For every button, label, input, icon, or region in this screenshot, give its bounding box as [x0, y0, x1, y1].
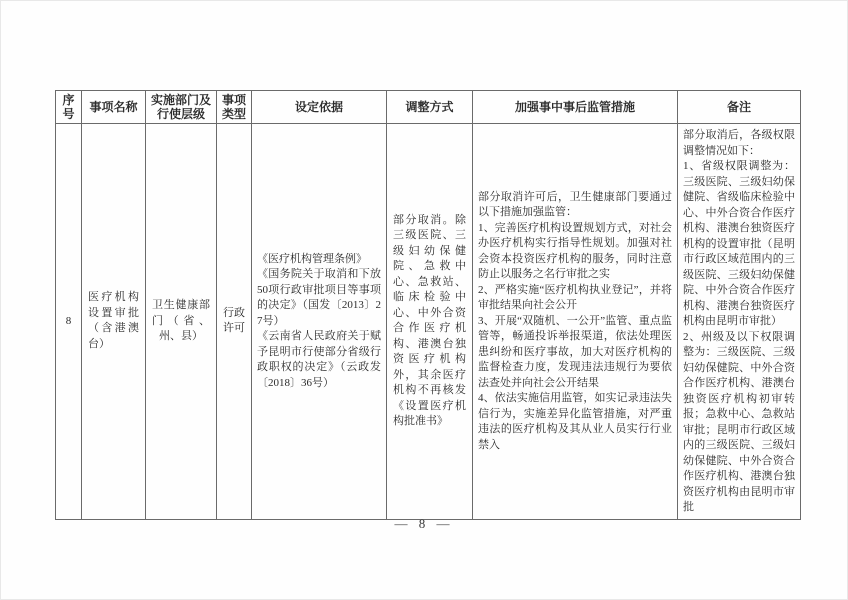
approval-items-table: 序号 事项名称 实施部门及行使层级 事项类型 设定依据 调整方式 加强事中事后监… — [55, 90, 801, 520]
cell-remarks: 部分取消后，各级权限调整情况如下： 1、省级权限调整为：三级医院、三级妇幼保健院… — [678, 124, 801, 520]
table-header-row: 序号 事项名称 实施部门及行使层级 事项类型 设定依据 调整方式 加强事中事后监… — [56, 91, 801, 124]
remarks-intro: 部分取消后，各级权限调整情况如下： — [683, 128, 795, 159]
header-supervision: 加强事中事后监管措施 — [473, 91, 678, 124]
cell-item-name: 医疗机构设置审批（含港澳台） — [82, 124, 146, 520]
header-seq: 序号 — [56, 91, 82, 124]
header-department: 实施部门及行使层级 — [146, 91, 217, 124]
table-row: 8 医疗机构设置审批（含港澳台） 卫生健康部门（省、州、县） 行政许可 《医疗机… — [56, 124, 801, 520]
header-adjustment: 调整方式 — [387, 91, 473, 124]
cell-seq-number: 8 — [56, 124, 82, 520]
header-basis: 设定依据 — [252, 91, 387, 124]
supervision-item: 1、完善医疗机构设置规划方式，对社会办医疗机构实行指导性规划。加强对社会资本投资… — [478, 221, 672, 283]
header-item-name: 事项名称 — [82, 91, 146, 124]
page-number: — 8 — — [0, 516, 848, 532]
supervision-item: 2、严格实施“医疗机构执业登记”，并将审批结果向社会公开 — [478, 283, 672, 314]
cell-department: 卫生健康部门（省、州、县） — [146, 124, 217, 520]
basis-paragraph: 《云南省人民政府关于赋予昆明市行使部分省级行政职权的决定》（云政发〔2018〕3… — [257, 329, 381, 391]
supervision-intro: 部分取消许可后，卫生健康部门要通过以下措施加强监管： — [478, 190, 672, 221]
document-page: 序号 事项名称 实施部门及行使层级 事项类型 设定依据 调整方式 加强事中事后监… — [0, 0, 848, 600]
cell-supervision: 部分取消许可后，卫生健康部门要通过以下措施加强监管： 1、完善医疗机构设置规划方… — [473, 124, 678, 520]
remarks-item: 1、省级权限调整为：三级医院、三级妇幼保健院、省级临床检验中心、中外合资合作医疗… — [683, 159, 795, 330]
basis-paragraph: 《医疗机构管理条例》 — [257, 252, 381, 268]
header-item-type: 事项类型 — [217, 91, 252, 124]
cell-adjustment: 部分取消。除三级医院、三级妇幼保健院、急救中心、急救站、临床检验中心、中外合资合… — [387, 124, 473, 520]
supervision-item: 4、依法实施信用监管，如实记录违法失信行为，实施差异化监管措施，对严重违法的医疗… — [478, 391, 672, 453]
supervision-item: 3、开展“双随机、一公开”监管、重点监管等，畅通投诉举报渠道，依法处理医患纠纷和… — [478, 314, 672, 392]
cell-basis: 《医疗机构管理条例》 《国务院关于取消和下放50项行政审批项目等事项的决定》（国… — [252, 124, 387, 520]
remarks-item: 2、州级及以下权限调整为：三级医院、三级妇幼保健院、中外合资合作医疗机构、港澳台… — [683, 330, 795, 516]
basis-paragraph: 《国务院关于取消和下放50项行政审批项目等事项的决定》（国发〔2013〕27号） — [257, 267, 381, 329]
cell-item-type: 行政许可 — [217, 124, 252, 520]
header-remarks: 备注 — [678, 91, 801, 124]
